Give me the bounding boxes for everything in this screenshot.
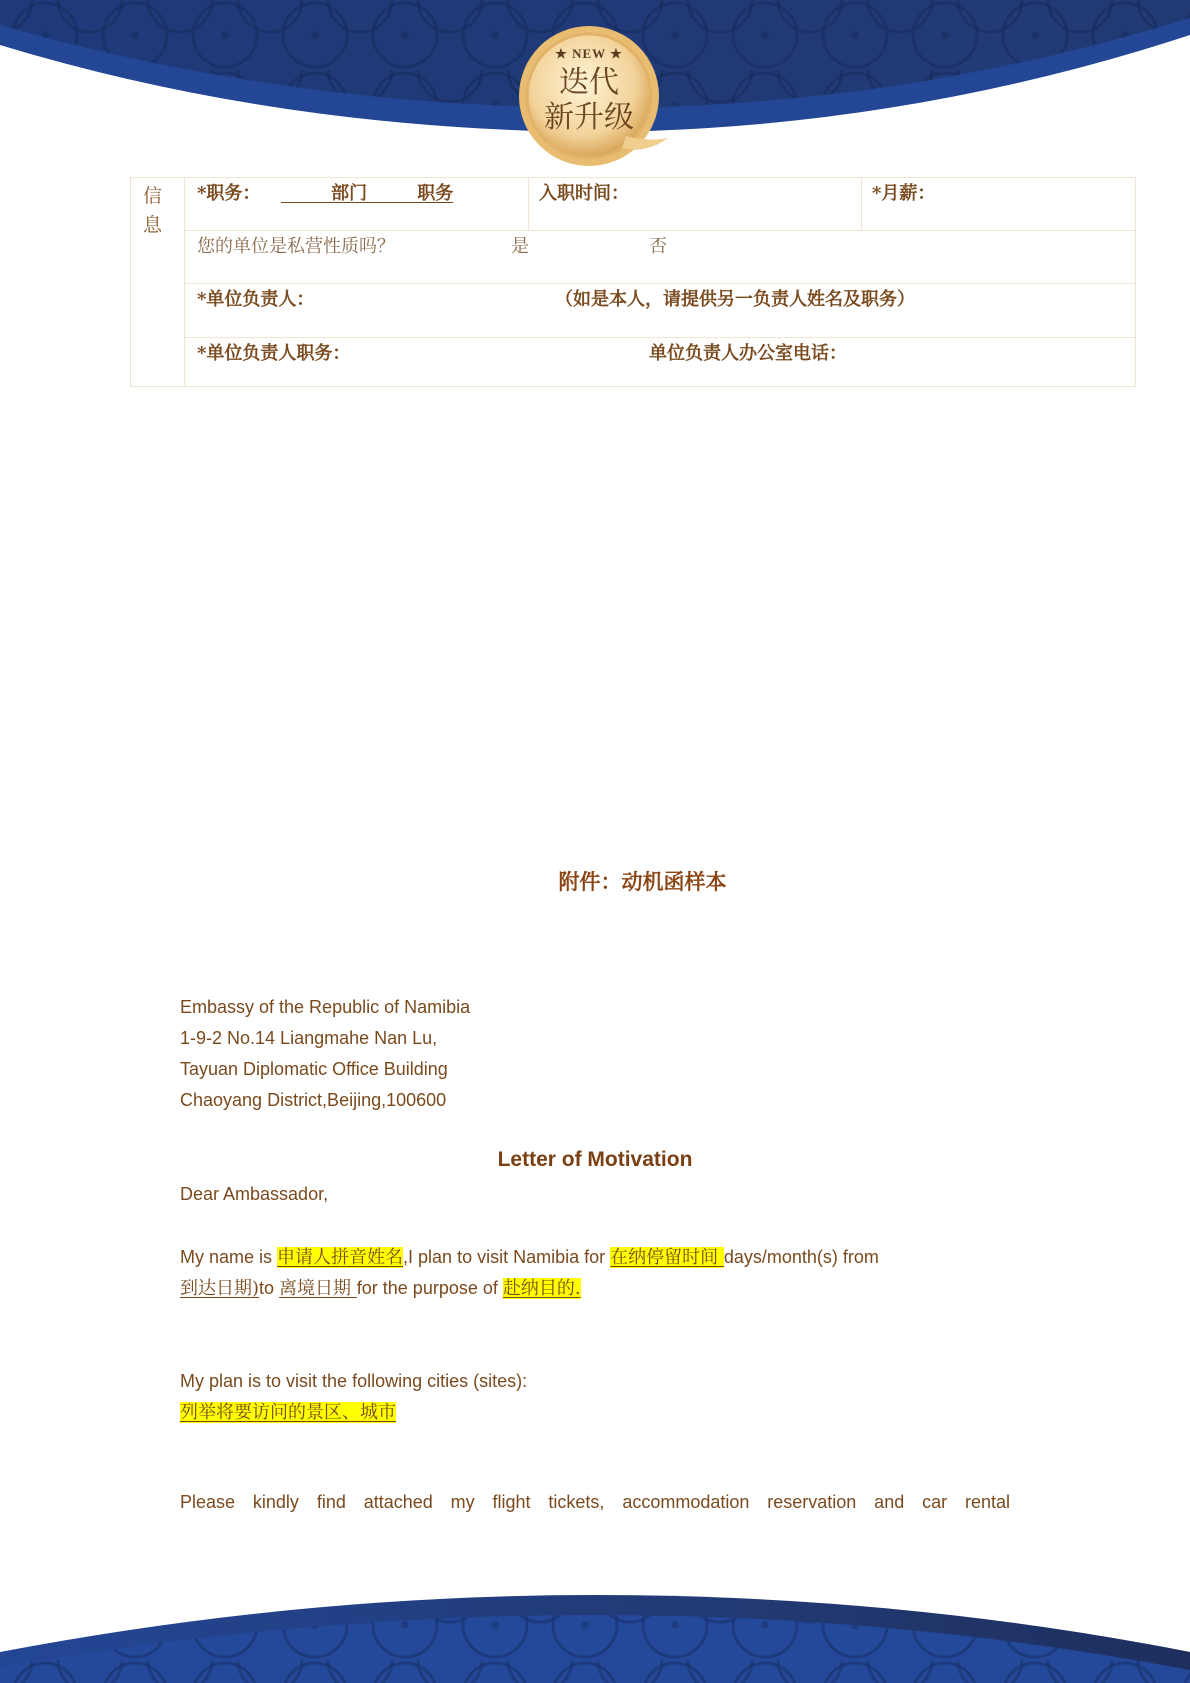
footer-decorative-band bbox=[0, 1590, 1190, 1683]
text: My name is bbox=[180, 1247, 277, 1267]
table-row: *单位负责人： （如是本人，请提供另一负责人姓名及职务） bbox=[185, 284, 1135, 338]
section-label: 信息 bbox=[143, 182, 163, 240]
address-line: 1-9-2 No.14 Liangmahe Nan Lu, bbox=[180, 1023, 437, 1054]
new-upgrade-badge: ★ NEW ★ 迭代 新升级 bbox=[518, 24, 670, 176]
address-line: Tayuan Diplomatic Office Building bbox=[180, 1054, 448, 1085]
departure-date-field[interactable]: 离境日期 bbox=[279, 1278, 357, 1299]
text: days/month(s) from bbox=[724, 1247, 879, 1267]
office-phone-label: 单位负责人办公室电话： bbox=[649, 342, 847, 366]
text: for the purpose of bbox=[357, 1278, 503, 1298]
employment-info-table: 信息 *职务： 部门 职务 入职时间： *月薪： 您的单位是私营性质吗？ 是 否… bbox=[130, 177, 1136, 387]
attachments-paragraph: Please kindly find attached my flight ti… bbox=[180, 1492, 1010, 1513]
salary-cell[interactable]: *月薪： bbox=[861, 178, 1135, 230]
badge-new-text: ★ NEW ★ bbox=[518, 46, 660, 62]
table-row: 您的单位是私营性质吗？ 是 否 bbox=[185, 231, 1135, 284]
cities-field[interactable]: 列举将要访问的景区、城市 bbox=[180, 1402, 396, 1423]
text: ,I plan to visit Namibia for bbox=[403, 1247, 610, 1267]
option-no[interactable]: 否 bbox=[649, 235, 667, 259]
badge-line1: 迭代 bbox=[518, 66, 660, 100]
purpose-field[interactable]: 赴纳目的. bbox=[503, 1278, 581, 1299]
option-yes[interactable]: 是 bbox=[511, 235, 529, 259]
table-row: *单位负责人职务： 单位负责人办公室电话： bbox=[185, 338, 1135, 388]
position-cell[interactable]: *职务： 部门 职务 bbox=[185, 178, 528, 230]
applicant-name-field[interactable]: 申请人拼音姓名 bbox=[277, 1247, 403, 1268]
salary-label: *月薪： bbox=[872, 182, 935, 206]
section-label-cell: 信息 bbox=[131, 178, 185, 386]
stay-duration-field[interactable]: 在纳停留时间 bbox=[610, 1247, 724, 1268]
badge-line2: 新升级 bbox=[518, 101, 660, 135]
unit-head-title-label: *单位负责人职务： bbox=[197, 342, 350, 366]
hire-date-cell[interactable]: 入职时间： bbox=[528, 178, 861, 230]
intro-paragraph-line2: 到达日期)to 离境日期 for the purpose of 赴纳目的. bbox=[180, 1273, 581, 1304]
address-line: Embassy of the Republic of Namibia bbox=[180, 992, 470, 1023]
position-value[interactable]: 部门 职务 bbox=[281, 182, 453, 206]
attachment-title: 附件：动机函样本 bbox=[0, 866, 1190, 896]
address-line: Chaoyang District,Beijing,100600 bbox=[180, 1085, 446, 1116]
text: to bbox=[259, 1278, 279, 1298]
salutation: Dear Ambassador, bbox=[180, 1179, 328, 1210]
unit-head-label: *单位负责人： bbox=[197, 288, 314, 312]
intro-paragraph-line1: My name is 申请人拼音姓名,I plan to visit Namib… bbox=[180, 1242, 879, 1273]
private-company-question: 您的单位是私营性质吗？ bbox=[197, 235, 395, 259]
table-row: *职务： 部门 职务 入职时间： *月薪： bbox=[185, 178, 1135, 231]
cities-line: 列举将要访问的景区、城市 bbox=[180, 1397, 396, 1428]
arrival-date-field[interactable]: 到达日期) bbox=[180, 1278, 259, 1299]
position-label: *职务： bbox=[197, 182, 260, 206]
hire-date-label: 入职时间： bbox=[539, 182, 629, 206]
letter-title: Letter of Motivation bbox=[0, 1148, 1190, 1172]
unit-head-note: （如是本人，请提供另一负责人姓名及职务） bbox=[555, 288, 915, 312]
cities-intro: My plan is to visit the following cities… bbox=[180, 1366, 527, 1397]
